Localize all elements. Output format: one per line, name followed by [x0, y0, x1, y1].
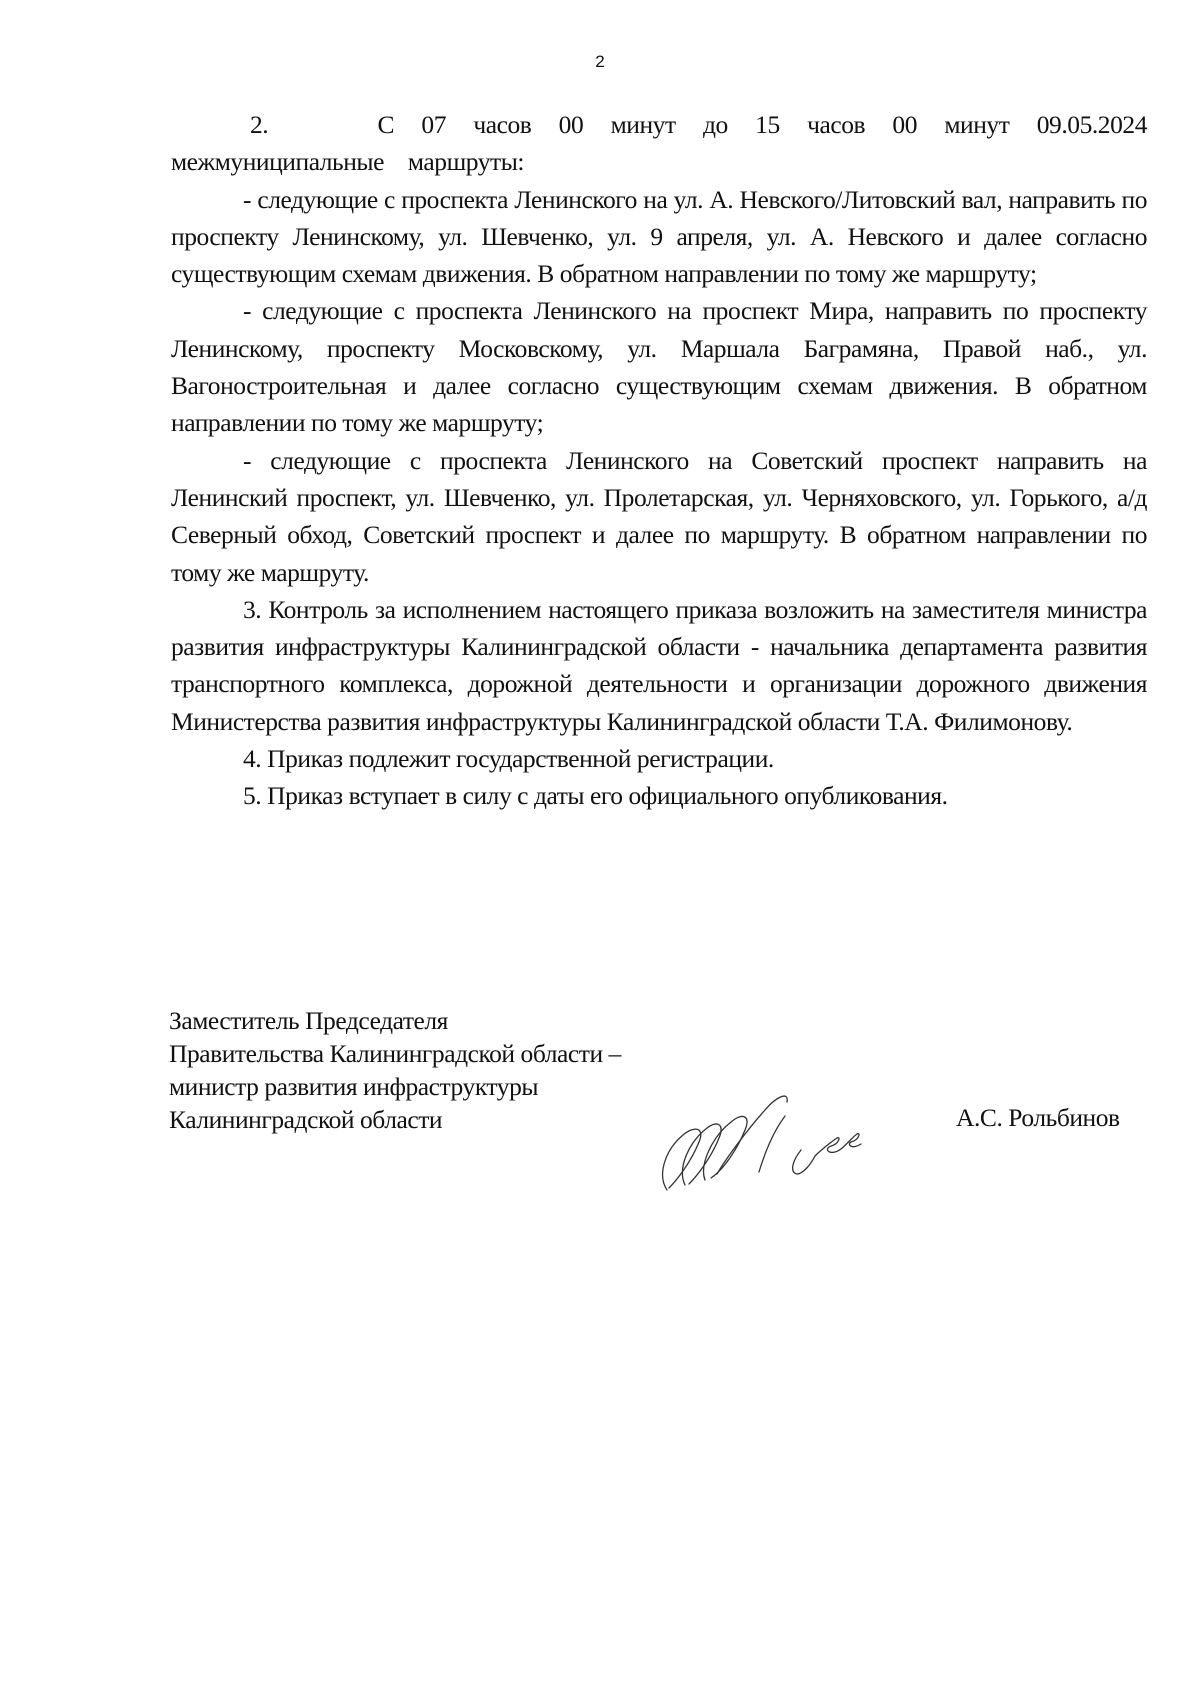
signatory-position-line: Калининградской области — [169, 1103, 621, 1136]
handwritten-signature-icon — [655, 1080, 915, 1200]
signatory-position: Заместитель Председателя Правительства К… — [169, 1004, 621, 1136]
paragraph-route-mira: - следующие с проспекта Ленинского на пр… — [171, 292, 1147, 441]
signatory-position-line: Заместитель Председателя — [169, 1004, 621, 1037]
paragraph-item-5-effect: 5. Приказ вступает в силу с даты его офи… — [171, 777, 1147, 814]
paragraph-item-4-registration: 4. Приказ подлежит государственной регис… — [171, 740, 1147, 777]
page-number: 2 — [0, 52, 1200, 72]
paragraph-route-nevskogo: - следующие с проспекта Ленинского на ул… — [171, 181, 1147, 293]
signatory-position-line: министр развития инфраструктуры — [169, 1070, 621, 1103]
signer-name: А.С. Рольбинов — [956, 1103, 1120, 1133]
paragraph-route-sovetsky: - следующие с проспекта Ленинского на Со… — [171, 442, 1147, 591]
paragraph-item-2: 2. С 07 часов 00 минут до 15 часов 00 ми… — [171, 106, 1147, 181]
paragraph-item-3-control: 3. Контроль за исполнением настоящего пр… — [171, 591, 1147, 740]
signatory-position-line: Правительства Калининградской области – — [169, 1037, 621, 1070]
document-body: 2. С 07 часов 00 минут до 15 часов 00 ми… — [171, 106, 1147, 815]
